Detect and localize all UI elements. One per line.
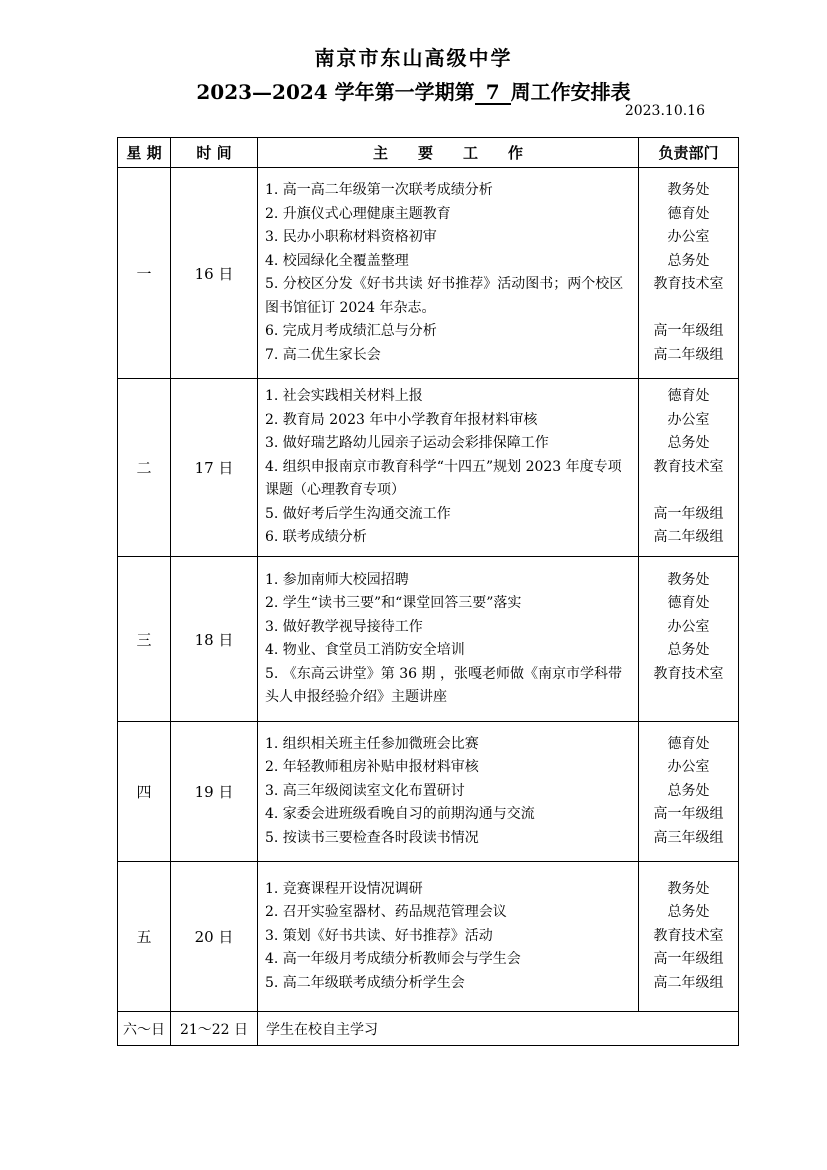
dept-line: 教务处: [639, 569, 738, 593]
dept-line: 办公室: [639, 756, 738, 780]
day-cell: 三: [118, 557, 171, 722]
time-cell: 19 日: [171, 722, 258, 862]
week-number: 7: [475, 82, 511, 105]
work-line: 4. 校园绿化全覆盖整理: [258, 250, 638, 274]
dept-line: 办公室: [639, 226, 738, 250]
dept-line: 教育技术室: [639, 456, 738, 480]
weekend-day-cell: 六～日: [118, 1012, 171, 1046]
dept-line: 总务处: [639, 901, 738, 925]
weekly-schedule-table: 星 期 时 间 主 要 工 作 负责部门 一16 日1. 高一高二年级第一次联考…: [117, 137, 739, 1046]
header-work: 主 要 工 作: [258, 138, 639, 168]
dept-cell: 教务处德育处办公室总务处教育技术室: [639, 557, 739, 722]
work-line: 3. 高三年级阅读室文化布置研讨: [258, 780, 638, 804]
day-cell: 一: [118, 168, 171, 379]
work-cell: 1. 高一高二年级第一次联考成绩分析2. 升旗仪式心理健康主题教育3. 民办小职…: [258, 168, 639, 379]
document-date: 2023.10.16: [625, 103, 705, 119]
work-line: 3. 策划《好书共读、好书推荐》活动: [258, 925, 638, 949]
work-line: 4. 家委会进班级看晚自习的前期沟通与交流: [258, 803, 638, 827]
dept-line: 高一年级组: [639, 320, 738, 344]
work-line: 1. 高一高二年级第一次联考成绩分析: [258, 179, 638, 203]
work-line: 1. 竞赛课程开设情况调研: [258, 878, 638, 902]
dept-line: 总务处: [639, 432, 738, 456]
dept-line: 高一年级组: [639, 503, 738, 527]
day-cell: 二: [118, 379, 171, 557]
dept-line: 教务处: [639, 878, 738, 902]
dept-line: 高二年级组: [639, 972, 738, 996]
table-row: 三18 日1. 参加南师大校园招聘2. 学生“读书三要”和“课堂回答三要”落实3…: [118, 557, 739, 722]
dept-line: 办公室: [639, 409, 738, 433]
work-line: 5. 《东高云讲堂》第 36 期 ，张嘎老师做《南京市学科带: [258, 663, 638, 687]
work-line: 2. 年轻教师租房补贴申报材料审核: [258, 756, 638, 780]
day-cell: 四: [118, 722, 171, 862]
dept-line: 高一年级组: [639, 948, 738, 972]
dept-line: 教育技术室: [639, 663, 738, 687]
dept-line: 高三年级组: [639, 827, 738, 851]
header-time: 时 间: [171, 138, 258, 168]
work-cell: 1. 组织相关班主任参加微班会比赛2. 年轻教师租房补贴申报材料审核3. 高三年…: [258, 722, 639, 862]
table-row: 一16 日1. 高一高二年级第一次联考成绩分析2. 升旗仪式心理健康主题教育3.…: [118, 168, 739, 379]
work-line: 5. 按读书三要检查各时段读书情况: [258, 827, 638, 851]
work-cell: 1. 社会实践相关材料上报2. 教育局 2023 年中小学教育年报材料审核3. …: [258, 379, 639, 557]
dept-line: [639, 297, 738, 321]
dept-line: 总务处: [639, 250, 738, 274]
time-cell: 20 日: [171, 862, 258, 1012]
table-row: 四19 日1. 组织相关班主任参加微班会比赛2. 年轻教师租房补贴申报材料审核3…: [118, 722, 739, 862]
school-name: 南京市东山高级中学: [0, 42, 827, 71]
dept-cell: 德育处办公室总务处高一年级组高三年级组: [639, 722, 739, 862]
dept-line: 德育处: [639, 733, 738, 757]
header-row: 星 期 时 间 主 要 工 作 负责部门: [118, 138, 739, 168]
work-line: 6. 联考成绩分析: [258, 526, 638, 550]
title-suffix: 周工作安排表: [511, 80, 631, 104]
work-line: 3. 做好教学视导接待工作: [258, 616, 638, 640]
dept-line: 总务处: [639, 639, 738, 663]
dept-line: 总务处: [639, 780, 738, 804]
dept-line: 教育技术室: [639, 273, 738, 297]
work-line: 1. 组织相关班主任参加微班会比赛: [258, 733, 638, 757]
title-prefix: 2023—2024 学年第一学期第: [196, 80, 474, 104]
work-line: 3. 民办小职称材料资格初审: [258, 226, 638, 250]
table-row: 五20 日1. 竞赛课程开设情况调研2. 召开实验室器材、药品规范管理会议3. …: [118, 862, 739, 1012]
weekend-note-cell: 学生在校自主学习: [258, 1012, 739, 1046]
dept-line: 高一年级组: [639, 803, 738, 827]
work-cell: 1. 参加南师大校园招聘2. 学生“读书三要”和“课堂回答三要”落实3. 做好教…: [258, 557, 639, 722]
work-line: 2. 学生“读书三要”和“课堂回答三要”落实: [258, 592, 638, 616]
table-row: 二17 日1. 社会实践相关材料上报2. 教育局 2023 年中小学教育年报材料…: [118, 379, 739, 557]
dept-line: 高二年级组: [639, 344, 738, 368]
work-cell: 1. 竞赛课程开设情况调研2. 召开实验室器材、药品规范管理会议3. 策划《好书…: [258, 862, 639, 1012]
work-line: 7. 高二优生家长会: [258, 344, 638, 368]
document-page: 南京市东山高级中学 2023—2024 学年第一学期第7周工作安排表 2023.…: [0, 0, 827, 1170]
schedule-table-body: 星 期 时 间 主 要 工 作 负责部门 一16 日1. 高一高二年级第一次联考…: [118, 138, 739, 1046]
work-line: 4. 组织申报南京市教育科学“十四五”规划 2023 年度专项: [258, 456, 638, 480]
time-cell: 17 日: [171, 379, 258, 557]
dept-cell: 教务处德育处办公室总务处教育技术室 高一年级组高二年级组: [639, 168, 739, 379]
time-cell: 16 日: [171, 168, 258, 379]
work-line: 4. 物业、食堂员工消防安全培训: [258, 639, 638, 663]
work-line: 课题（心理教育专项）: [258, 479, 638, 503]
work-line: 3. 做好瑞艺路幼儿园亲子运动会彩排保障工作: [258, 432, 638, 456]
header-dept: 负责部门: [639, 138, 739, 168]
document-title: 2023—2024 学年第一学期第7周工作安排表: [0, 76, 827, 105]
weekend-time-cell: 21～22 日: [171, 1012, 258, 1046]
dept-line: [639, 479, 738, 503]
work-line: 图书馆征订 2024 年杂志。: [258, 297, 638, 321]
work-line: 5. 分校区分发《好书共读 好书推荐》活动图书；两个校区: [258, 273, 638, 297]
work-line: 5. 高二年级联考成绩分析学生会: [258, 972, 638, 996]
header-day: 星 期: [118, 138, 171, 168]
work-line: 5. 做好考后学生沟通交流工作: [258, 503, 638, 527]
work-line: 2. 教育局 2023 年中小学教育年报材料审核: [258, 409, 638, 433]
work-line: 4. 高一年级月考成绩分析教师会与学生会: [258, 948, 638, 972]
dept-line: 教育技术室: [639, 925, 738, 949]
dept-line: [639, 686, 738, 710]
dept-line: 德育处: [639, 385, 738, 409]
dept-line: 高二年级组: [639, 526, 738, 550]
dept-line: 办公室: [639, 616, 738, 640]
work-line: 1. 社会实践相关材料上报: [258, 385, 638, 409]
dept-line: 教务处: [639, 179, 738, 203]
work-line: 1. 参加南师大校园招聘: [258, 569, 638, 593]
dept-cell: 德育处办公室总务处教育技术室 高一年级组高二年级组: [639, 379, 739, 557]
work-line: 2. 升旗仪式心理健康主题教育: [258, 203, 638, 227]
weekend-row: 六～日21～22 日学生在校自主学习: [118, 1012, 739, 1046]
dept-cell: 教务处总务处教育技术室高一年级组高二年级组: [639, 862, 739, 1012]
time-cell: 18 日: [171, 557, 258, 722]
work-line: 头人申报经验介绍》主题讲座: [258, 686, 638, 710]
dept-line: 德育处: [639, 592, 738, 616]
day-cell: 五: [118, 862, 171, 1012]
dept-line: 德育处: [639, 203, 738, 227]
work-line: 2. 召开实验室器材、药品规范管理会议: [258, 901, 638, 925]
work-line: 6. 完成月考成绩汇总与分析: [258, 320, 638, 344]
